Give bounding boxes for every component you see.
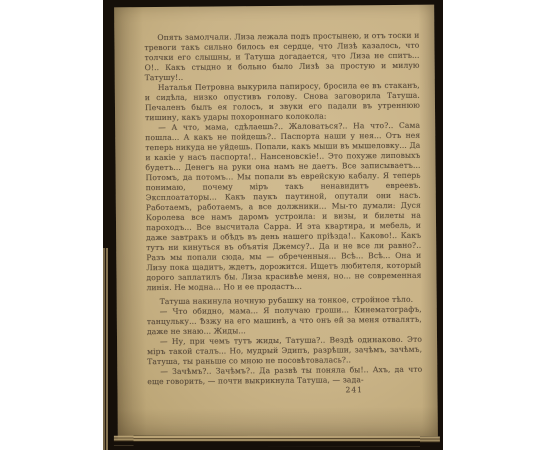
page-number: 241 <box>345 385 363 394</box>
page-text: Опять замолчали. Лиза лежала подъ просты… <box>114 5 438 440</box>
paragraph: Наталья Петровна выкурила папиросу, брос… <box>145 81 420 123</box>
page-edge-stack <box>114 436 440 447</box>
paragraph: Опять замолчали. Лиза лежала подъ просты… <box>144 31 419 83</box>
paragraph: — Что обидно, мама... Я получаю гроши...… <box>147 305 422 337</box>
paragraph: — Ну, при чемъ тутъ жиды, Татуша?.. Везд… <box>147 335 422 367</box>
book-page-photo: Опять замолчали. Лиза лежала подъ просты… <box>103 0 443 450</box>
photo-backdrop: Опять замолчали. Лиза лежала подъ просты… <box>0 0 550 450</box>
paragraph: — А что, мама, сдѣлаешь?.. Жаловаться?..… <box>145 121 421 293</box>
paragraph: — Зачѣмъ?.. Зачѣмъ?.. Да развѣ ты поняла… <box>147 365 422 387</box>
book-page: Опять замолчали. Лиза лежала подъ просты… <box>114 5 438 440</box>
